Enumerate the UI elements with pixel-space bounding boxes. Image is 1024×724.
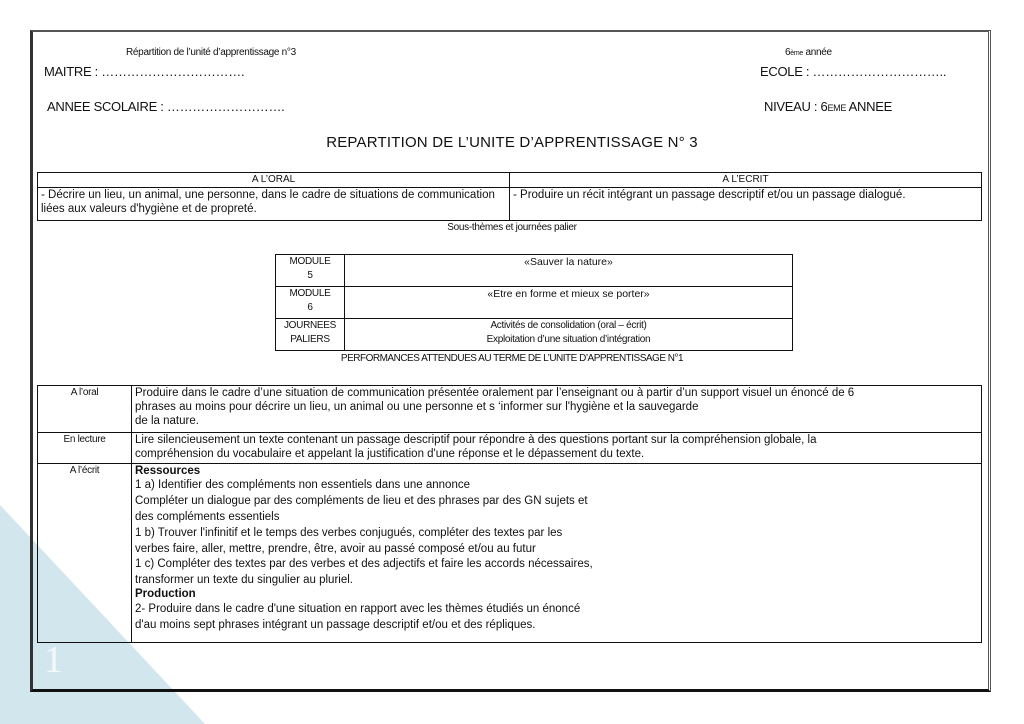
page-title: REPARTITION DE L’UNITE D’APPRENTISSAGE N… <box>0 134 1024 151</box>
performances-title: PERFORMANCES ATTENDUES AU TERME DE L’UNI… <box>0 353 1024 364</box>
performance-text: Produire dans le cadre d’une situation d… <box>132 386 982 433</box>
performance-row-ecrit: A l’écrit Ressources 1 a) Identifier des… <box>38 464 982 643</box>
performances-table: A l’oral Produire dans le cadre d’une si… <box>37 385 982 643</box>
module-row: JOURNEESPALIERS Activités de consolidati… <box>276 319 793 351</box>
module-title: «Etre en forme et mieux se porter» <box>345 287 793 319</box>
niveau-sup: EME <box>827 103 846 113</box>
subtitle-right: 6ème année <box>785 47 832 58</box>
ecrit-header: A L’ECRIT <box>510 173 982 188</box>
subtitle-left: Répartition de l’unité d’apprentissage n… <box>126 47 296 58</box>
module-row: MODULE6 «Etre en forme et mieux se porte… <box>276 287 793 319</box>
performance-row-lecture: En lecture Lire silencieusement un texte… <box>38 433 982 464</box>
page-number: 1 <box>44 638 63 682</box>
performance-label: En lecture <box>38 433 132 464</box>
performance-label: A l’oral <box>38 386 132 433</box>
objectives-table: A L’ORAL A L’ECRIT - Décrire un lieu, un… <box>37 172 982 221</box>
niveau-field: NIVEAU : 6EME ANNEE <box>764 99 892 114</box>
annee-scolaire-field: ANNEE SCOLAIRE : ………………………. <box>47 99 285 114</box>
ressources-heading: Ressources <box>135 464 978 478</box>
module-title: «Sauver la nature» <box>345 255 793 287</box>
module-label: MODULE6 <box>276 287 345 319</box>
subthemes-label: Sous-thèmes et journées palier <box>0 222 1024 233</box>
modules-table: MODULE5 «Sauver la nature» MODULE6 «Etre… <box>275 254 793 351</box>
ecrit-objective: - Produire un récit intégrant un passage… <box>510 188 982 221</box>
performance-text: Lire silencieusement un texte contenant … <box>132 433 982 464</box>
production-heading: Production <box>135 587 978 601</box>
ecole-field: ECOLE : ………………………….. <box>760 64 946 79</box>
oral-objective: - Décrire un lieu, un animal, une person… <box>38 188 510 221</box>
niveau-prefix: NIVEAU : 6 <box>764 99 827 114</box>
grade-sup: ème <box>790 50 803 57</box>
performance-text: Ressources 1 a) Identifier des complémen… <box>132 464 982 643</box>
oral-header: A L’ORAL <box>38 173 510 188</box>
module-row: MODULE5 «Sauver la nature» <box>276 255 793 287</box>
performance-label: A l’écrit <box>38 464 132 643</box>
niveau-suffix: ANNEE <box>846 99 892 114</box>
grade-rest: année <box>803 47 832 58</box>
performance-row-oral: A l’oral Produire dans le cadre d’une si… <box>38 386 982 433</box>
module-title: Activités de consolidation (oral – écrit… <box>345 319 793 351</box>
module-label: JOURNEESPALIERS <box>276 319 345 351</box>
maitre-field: MAITRE : ……………………………. <box>44 64 244 79</box>
module-label: MODULE5 <box>276 255 345 287</box>
